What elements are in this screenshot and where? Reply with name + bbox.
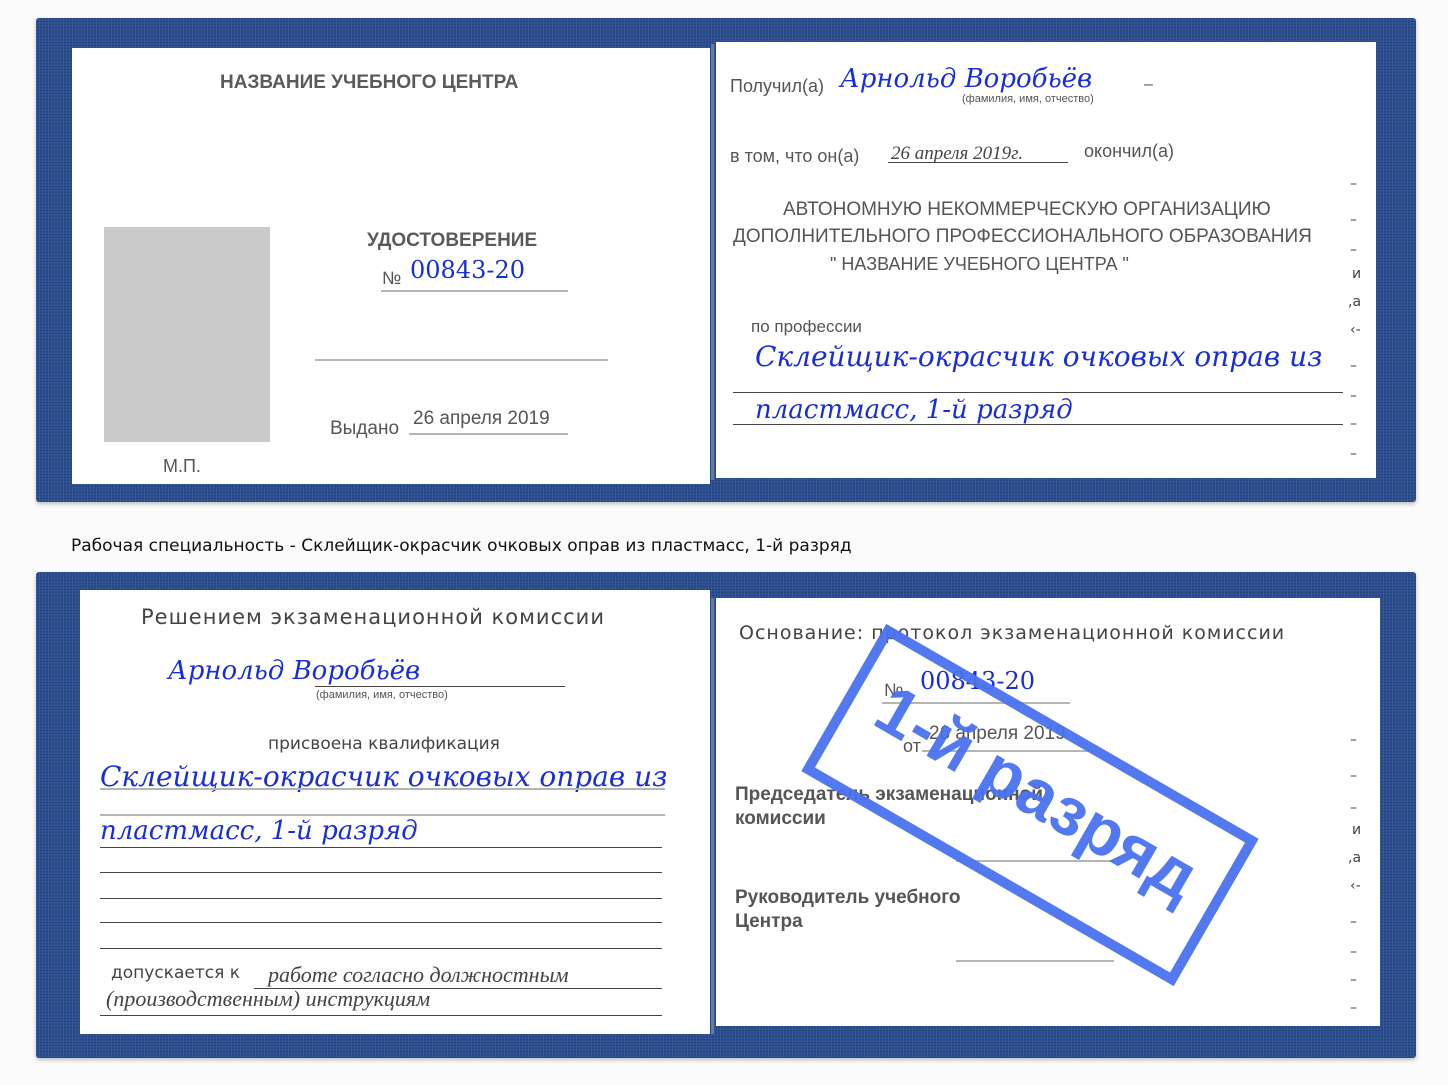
profession-line-1: Склейщик-окрасчик очковых оправ из <box>755 340 1322 373</box>
admitted-line-2: (производственным) инструкциям <box>106 986 430 1012</box>
photo-placeholder <box>104 227 270 442</box>
org-line-3: " НАЗВАНИЕ УЧЕБНОГО ЦЕНТРА " <box>830 254 1129 275</box>
top-spine-fold <box>711 44 714 480</box>
head-label-1: Руководитель учебного <box>735 887 961 909</box>
profession-underline-2 <box>733 424 1343 425</box>
issued-label: Выдано <box>330 418 399 440</box>
issued-date-line <box>409 433 568 435</box>
profession-label: по профессии <box>751 317 862 337</box>
that-label: в том, что он(а) <box>730 146 859 167</box>
blank-signature-line <box>315 359 608 361</box>
qualification-underline-1 <box>100 788 665 790</box>
decision-title: Решением экзаменационной комиссии <box>141 605 605 629</box>
admitted-underline-2 <box>100 1015 662 1016</box>
blank-line-3 <box>100 898 662 899</box>
org-line-2: ДОПОЛНИТЕЛЬНОГО ПРОФЕССИОНАЛЬНОГО ОБРАЗО… <box>733 226 1312 248</box>
qualification-label: присвоена квалификация <box>268 734 500 754</box>
admitted-label: допускается к <box>111 963 240 983</box>
certificate-number-label: № <box>382 268 401 289</box>
finished-label: окончил(а) <box>1084 141 1174 162</box>
blank-line-1 <box>100 847 662 848</box>
profession-line-2: пластмасс, 1-й разряд <box>755 395 1073 425</box>
blank-line-4 <box>100 922 662 923</box>
basis-title: Основание: протокол экзаменационной коми… <box>739 622 1285 644</box>
blank-line-2 <box>100 872 662 873</box>
head-signature-line <box>956 960 1114 962</box>
chairman-label-2: комиссии <box>735 808 826 830</box>
certificate-title: УДОСТОВЕРЕНИЕ <box>367 230 537 252</box>
person-name-hint: (фамилия, имя, отчество) <box>316 689 448 701</box>
center-name-heading: НАЗВАНИЕ УЧЕБНОГО ЦЕНТРА <box>220 72 518 94</box>
received-label: Получил(а) <box>730 76 824 97</box>
admitted-line-1: работе согласно должностным <box>268 962 569 988</box>
person-name-line <box>315 686 565 687</box>
seal-label: М.П. <box>163 456 201 477</box>
received-name-value: Арнольд Воробьёв <box>840 64 1092 94</box>
person-name-value: Арнольд Воробьёв <box>168 656 420 686</box>
certificate-number-value: 00843-20 <box>410 256 525 284</box>
received-name-hint: (фамилия, имя, отчество) <box>962 93 1094 105</box>
bottom-spine-fold <box>711 598 714 1034</box>
certificate-number-line <box>381 290 568 292</box>
specialty-caption: Рабочая специальность - Склейщик-окрасчи… <box>71 536 852 556</box>
profession-underline-1 <box>733 392 1343 393</box>
head-label-2: Центра <box>735 911 803 933</box>
that-date-line <box>888 162 1068 163</box>
received-dash: – <box>1144 76 1153 94</box>
org-line-1: АВТОНОМНУЮ НЕКОММЕРЧЕСКУЮ ОРГАНИЗАЦИЮ <box>783 199 1271 221</box>
blank-line-5 <box>100 948 662 949</box>
issued-date-value: 26 апреля 2019 <box>413 408 550 430</box>
qualification-line-2: пластмасс, 1-й разряд <box>100 816 418 846</box>
